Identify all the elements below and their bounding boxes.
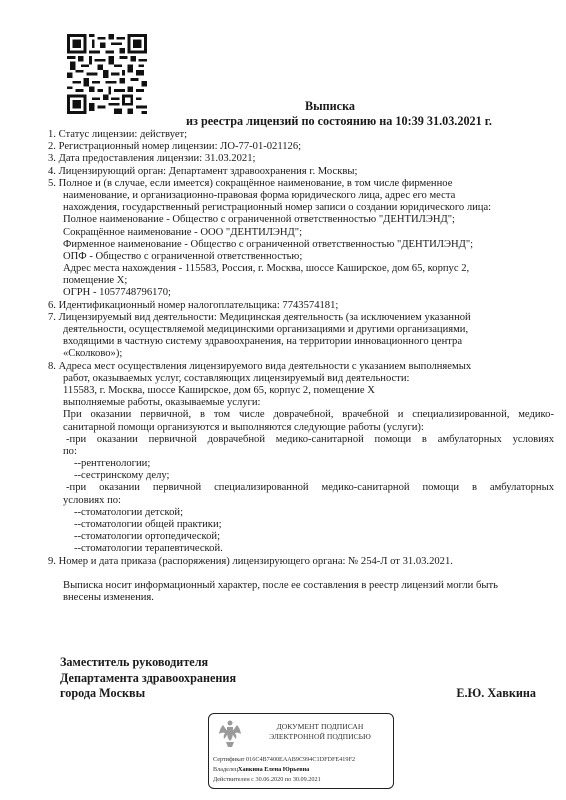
document-subtitle: из реестра лицензий по состоянию на 10:3… <box>186 114 566 129</box>
stamp-heading: ДОКУМЕНТ ПОДПИСАН ЭЛЕКТРОННОЙ ПОДПИСЬЮ <box>249 722 391 741</box>
owner-row: ВладелецХавкина Елена Юрьевна <box>213 765 355 775</box>
electronic-signature-stamp: ДОКУМЕНТ ПОДПИСАН ЭЛЕКТРОННОЙ ПОДПИСЬЮ С… <box>208 713 394 789</box>
signatory-name: Е.Ю. Хавкина <box>456 686 536 701</box>
item-license-status: 1. Статус лицензии: действует; <box>48 129 560 141</box>
stamp-details: Сертификат 016C4B7400EAAB9C994C1DFDFE419… <box>213 755 355 785</box>
address-line-cont: помещение X; <box>48 275 560 287</box>
ogrn-line: ОГРН - 1057748796170; <box>48 287 560 299</box>
certificate-value: 016C4B7400EAAB9C994C1DFDFE419F2 <box>246 756 355 763</box>
item-license-number: 2. Регистрационный номер лицензии: ЛО-77… <box>48 141 560 153</box>
item-order-number: 9. Номер и дата приказа (распоряжения) л… <box>48 556 560 568</box>
address-line: Адрес места нахождения - 115583, Россия,… <box>48 263 560 275</box>
item-license-date: 3. Дата предоставления лицензии: 31.03.2… <box>48 153 560 165</box>
disclaimer-line: Выписка носит информационный характер, п… <box>48 580 560 592</box>
item8-line: выполняемые работы, оказываемые услуги: <box>48 397 560 409</box>
item7-line: входящими в частную систему здравоохране… <box>48 336 560 348</box>
service-item: --сестринскому делу; <box>48 470 560 482</box>
service-item: --стоматологии детской; <box>48 507 560 519</box>
item-inn: 6. Идентификационный номер налогоплатель… <box>48 300 560 312</box>
item8-line: работ, оказываемых услуг, составляющих л… <box>48 373 560 385</box>
document-body: 1. Статус лицензии: действует; 2. Регист… <box>48 129 560 604</box>
item5-line: наименование, и организационно-правовая … <box>48 190 560 202</box>
item5-line: 5. Полное и (в случае, если имеется) сок… <box>48 178 560 190</box>
signatory-position-line: Заместитель руководителя <box>60 655 236 671</box>
item7-line: деятельности, осуществляемой медицинским… <box>48 324 560 336</box>
service-item: --стоматологии ортопедической; <box>48 531 560 543</box>
legal-form-line: ОПФ - Общество с ограниченной ответствен… <box>48 251 560 263</box>
item-licensed-activity: 7. Лицензируемый вид деятельности: Медиц… <box>48 312 560 361</box>
owner-value: Хавкина Елена Юрьевна <box>238 766 309 773</box>
service-group-line: по: <box>48 446 560 458</box>
service-group-line: -при оказании первичной доврачебной меди… <box>48 434 560 446</box>
item8-line: При оказании первичной, в том числе довр… <box>48 409 560 421</box>
item8-line: 8. Адреса мест осуществления лицензируем… <box>48 361 560 373</box>
service-group-line: условиях по: <box>48 495 560 507</box>
item8-line: санитарной помощи организуются и выполня… <box>48 422 560 434</box>
stamp-heading-line: ЭЛЕКТРОННОЙ ПОДПИСЬЮ <box>249 732 391 742</box>
qr-code-icon <box>67 30 147 118</box>
item7-line: 7. Лицензируемый вид деятельности: Медиц… <box>48 312 560 324</box>
service-group-line: -при оказании первичной специализированн… <box>48 482 560 494</box>
certificate-row: Сертификат 016C4B7400EAAB9C994C1DFDFE419… <box>213 755 355 765</box>
owner-label: Владелец <box>213 766 238 773</box>
signatory-position-line: города Москвы <box>60 686 236 702</box>
activity-address-line: 115583, г. Москва, шоссе Каширское, дом … <box>48 385 560 397</box>
certificate-label: Сертификат <box>213 756 245 763</box>
validity-period: Действителен с 30.06.2020 по 30.09.2021 <box>213 775 355 785</box>
item-activity-addresses: 8. Адреса мест осуществления лицензируем… <box>48 361 560 556</box>
item7-line: «Сколково»); <box>48 348 560 360</box>
full-name-line: Полное наименование - Общество с огранич… <box>48 214 560 226</box>
service-item: --стоматологии общей практики; <box>48 519 560 531</box>
item-licensing-authority: 4. Лицензирующий орган: Департамент здра… <box>48 166 560 178</box>
brand-name-line: Фирменное наименование - Общество с огра… <box>48 239 560 251</box>
disclaimer-line: внесены изменения. <box>48 592 560 604</box>
document-title: Выписка <box>270 99 390 114</box>
signatory-position-line: Департамента здравоохранения <box>60 671 236 687</box>
service-item: --рентгенологии; <box>48 458 560 470</box>
signatory-position: Заместитель руководителя Департамента зд… <box>60 655 236 702</box>
short-name-line: Сокращённое наименование - ООО "ДЕНТИЛЭН… <box>48 227 560 239</box>
item5-line: нахождения, государственный регистрацион… <box>48 202 560 214</box>
coat-of-arms-icon <box>217 719 243 749</box>
service-item: --стоматологии терапевтической. <box>48 543 560 555</box>
stamp-heading-line: ДОКУМЕНТ ПОДПИСАН <box>249 722 391 732</box>
item-organization-details: 5. Полное и (в случае, если имеется) сок… <box>48 178 560 300</box>
